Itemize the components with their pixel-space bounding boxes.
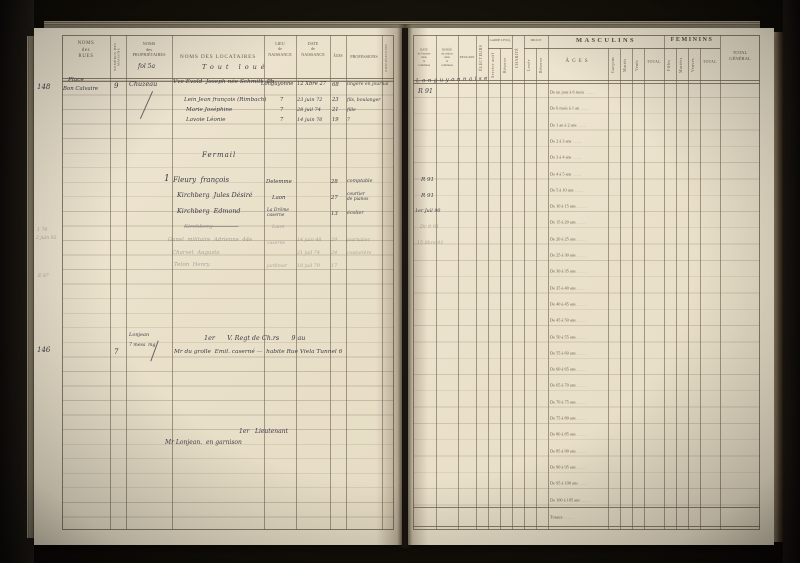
register-left-page: NOMS des RUES NUMÉROS DES MAISONS NOMS d…: [34, 28, 402, 545]
entry-date-note: R 91: [421, 177, 434, 183]
entry-date-note: R 91: [421, 193, 434, 199]
age-row-label: De 65 à 70 ans: [550, 384, 608, 388]
street-name-line2: Bon Calvaire: [63, 86, 98, 92]
age-row-label: De 60 à 65 ans: [550, 368, 608, 372]
header-observations: OBSERVATIONS: [385, 39, 388, 77]
proprietaire-name: Chuzeau: [129, 81, 157, 88]
tenant-date: 12 Xbre 27: [297, 82, 326, 88]
age-row-label: De 25 à 30 ans: [550, 254, 608, 258]
note-loue: Tout loué: [202, 64, 269, 71]
header-mariees: Mariées: [679, 52, 683, 78]
header-maries: Mariés: [623, 52, 627, 78]
tenant-name: Marie Joséphine: [186, 107, 232, 113]
age-row-label: De 45 à 50 ans: [550, 319, 608, 323]
header-milice-levee: Levée: [527, 52, 531, 78]
pencil-tenant-age: 17: [331, 264, 337, 270]
right-page-edges: [774, 32, 783, 542]
pencil-tenant-date: 14 juin 48: [297, 238, 321, 244]
col-line: [548, 35, 549, 530]
regiment-line: 1er V. Regt de Ch.rs 9 au: [204, 335, 305, 342]
col-line: [458, 35, 459, 530]
age-row-label: De 90 à 95 ans: [550, 466, 608, 470]
header-rule: [413, 83, 760, 84]
tenant-name: Kirchberg Edmond: [177, 208, 241, 215]
tenant-profession: lingère en journal: [347, 82, 389, 87]
col-line: [330, 35, 331, 530]
bottom-rule: [413, 526, 760, 527]
tenant-age: 68: [332, 82, 339, 88]
tenant-lieu: Laon: [272, 195, 286, 201]
entry-date-note: 1er Juil 90: [415, 209, 440, 215]
col-line: [664, 35, 665, 530]
register-right-page: DATE de l'entrée dans la commune DURÉE d…: [408, 28, 774, 545]
tenant-date: 14 juin 76: [297, 118, 323, 124]
age-row-label: De 1 an à 2 ans: [550, 123, 608, 127]
tenant-name: Lein Jean françois (Rimbach): [184, 97, 266, 103]
header-noms-locataires: NOMS DES LOCATAIRES: [172, 54, 264, 61]
folio-number-bottom: 146: [37, 346, 50, 354]
tenant-lieu: 7: [280, 98, 283, 104]
col-line: [172, 35, 173, 530]
age-row-label: De 10 à 15 ans: [550, 205, 608, 209]
age-row-label: De 85 à 90 ans: [550, 449, 608, 453]
pencil-tenant-lieu: caserne: [267, 241, 285, 246]
col-line: [608, 48, 609, 530]
pencil-tenant-age: 24: [331, 251, 337, 257]
age-row-label: De 5 à 10 ans: [550, 189, 608, 193]
tenant-age: 27: [331, 195, 338, 201]
tenant-profession: courtier de pianos: [347, 192, 368, 202]
header-garde-reserve: Réserve: [503, 52, 507, 78]
header-ages: ÂGES: [330, 54, 346, 59]
age-row-label: De 95 à 100 ans: [550, 482, 608, 486]
header-milice: MILICE: [525, 39, 548, 43]
margin-pencil-note: 2 juin 92: [36, 236, 57, 241]
header-masculins: MASCULINS: [548, 37, 664, 45]
header-date-entree: DATE de l'entrée dans la commune: [413, 49, 436, 68]
caserne-line: Mr du grolle Emil. caserné — habite Rue …: [174, 349, 342, 356]
col-line: [476, 35, 477, 530]
col-line: [512, 35, 513, 530]
col-line: [126, 35, 127, 530]
tenant-lieu: La Drôme caserne: [267, 208, 289, 218]
pencil-tenant-lieu: Laon: [272, 225, 285, 231]
pencil-tenant-lieu: jardinier: [267, 264, 287, 269]
tenant-name: Kirchberg Jules Désiré: [177, 192, 253, 199]
col-line: [436, 35, 437, 530]
house-number: 7: [114, 348, 118, 356]
header-veuves: Veuves: [691, 52, 695, 78]
header-garcons: Garçons: [611, 52, 615, 78]
tenant-lieu: 7: [280, 108, 283, 114]
col-line: [676, 48, 677, 530]
header-total-general: TOTAL GÉNÉRAL: [720, 50, 760, 62]
entry-date-note-pencil: 15 8bre 91: [417, 241, 444, 247]
group-rule: [488, 48, 512, 49]
header-garde-actif: Service actif: [491, 52, 495, 78]
pencil-tenant-name: Charvet Augusta: [172, 250, 220, 256]
group-rule: [548, 48, 720, 49]
tenant-date: 23 juin 72: [297, 98, 323, 104]
header-total-masculins: TOTAL: [644, 60, 664, 65]
pencil-tenant-name: Teton Henry: [174, 262, 210, 268]
tenant-profession: comptable: [347, 179, 372, 185]
col-line: [644, 48, 645, 530]
header-total-feminins: TOTAL: [700, 60, 720, 65]
header-noms-proprietaires: NOMS des PROPRIÉTAIRES: [126, 41, 172, 58]
proprietaire-name-line1: Lonjean: [129, 333, 149, 339]
age-row-label: De 70 à 75 ans: [550, 401, 608, 405]
proprietaire-name-line2: 7 mess mg: [129, 343, 155, 348]
age-row-label: De 75 à 80 ans: [550, 417, 608, 421]
book-spine-shadow: [398, 24, 412, 548]
age-row-label: De 55 à 60 ans: [550, 352, 608, 356]
tenant-lieu: 7: [280, 118, 283, 124]
tenant-lieu: Delemme: [266, 179, 292, 185]
col-line: [110, 35, 111, 530]
age-row-label: De 20 à 25 ans: [550, 238, 608, 242]
age-row-label: De 6 mois à 1 an: [550, 107, 608, 111]
header-lieu-naissance: LIEU de NAISSANCE: [264, 41, 296, 57]
age-row-label: De 30 à 35 ans: [550, 270, 608, 274]
tenant-age: 13: [331, 211, 338, 217]
age-row-label: De un jour à 6 mois: [550, 91, 608, 95]
pencil-tenant-profession: couturière: [347, 251, 371, 256]
header-electeurs: ÉLECTEURS: [479, 40, 483, 76]
house-number: 9: [114, 82, 118, 90]
pencil-tenant-age: 29: [331, 238, 337, 244]
group-rule: [524, 48, 548, 49]
header-religion: RELIGION: [456, 56, 479, 60]
tenant-date: 28 juil 74: [297, 108, 321, 114]
tenant-age: 28: [331, 179, 338, 185]
tenant-name: Fleury françois: [173, 176, 229, 184]
commune-note-line2: R 91: [418, 88, 433, 95]
totals-rule: [413, 507, 760, 508]
note-folio: fol 5a: [138, 64, 155, 71]
header-veufs: Veufs: [635, 52, 639, 78]
tenant-age: 19: [332, 118, 339, 124]
age-row-label: De 15 à 20 ans: [550, 221, 608, 225]
header-noms-rues: NOMS des RUES: [62, 41, 110, 61]
header-date-naissance: DATE de NAISSANCE: [296, 41, 330, 57]
header-ages-col: ÂGES: [548, 59, 608, 66]
annotation-line2: Mr Lonjean. en garnison: [165, 440, 242, 447]
header-charite: CHARITÉ: [515, 40, 519, 76]
tenant-age: 23: [332, 98, 339, 104]
header-numeros-maisons: NUMÉROS DES MAISONS: [114, 38, 121, 76]
col-line: [524, 35, 525, 530]
col-line: [720, 35, 721, 530]
age-row-label: De 40 à 45 ans: [550, 303, 608, 307]
age-row-label: De 4 à 5 ans: [550, 172, 608, 176]
header-milice-reserve: Réserve: [539, 52, 543, 78]
tenant-name: Lavoie Léonie: [186, 117, 226, 123]
entry-date-note-pencil: Dr 9 91: [420, 225, 439, 231]
pencil-tenant-date: 18 juil 79: [297, 264, 320, 270]
row-number: 1: [164, 174, 170, 184]
totals-label: Totaux: [550, 515, 608, 520]
tenant-profession: fille: [347, 108, 356, 113]
header-filles: Filles: [667, 52, 671, 78]
age-row-label: De 3 à 4 ans: [550, 156, 608, 160]
col-line: [488, 35, 489, 530]
tenant-age: 21: [332, 108, 339, 114]
book-right-cover: [783, 0, 800, 563]
age-row-label: De 100 à 105 ans: [550, 498, 608, 502]
pencil-tenant-name: Kirchberg ————: [184, 224, 238, 230]
folio-number-top: 148: [37, 83, 50, 91]
street-name-line1: Place: [68, 77, 84, 84]
col-line: [700, 48, 701, 530]
age-row-label: De 80 à 85 ans: [550, 433, 608, 437]
col-line: [264, 35, 265, 530]
col-line: [382, 35, 383, 530]
age-row-label: De 50 à 55 ans: [550, 335, 608, 339]
section-label: Fermail: [202, 151, 236, 159]
tenant-profession: écolier: [347, 211, 364, 217]
pencil-tenant-name: Ganel militaire Adrienne 44e: [168, 237, 252, 243]
col-line: [536, 48, 537, 530]
pencil-tenant-date: 21 juil 74: [297, 251, 320, 257]
col-line: [620, 48, 621, 530]
tenant-lieu: Longuyonne: [261, 82, 293, 88]
col-line: [688, 48, 689, 530]
header-garde-civique: GARDE CIVIQ.: [489, 39, 512, 43]
margin-pencil-note: 1 79: [37, 228, 47, 233]
col-line: [632, 48, 633, 530]
col-line: [500, 48, 501, 530]
header-feminins: FEMININS: [664, 37, 720, 45]
tenant-profession: 7: [347, 118, 350, 123]
pencil-tenant-profession: journalier: [347, 238, 370, 243]
annotation-line1: 1er Lieutenant: [239, 429, 288, 436]
tenant-profession: fils, boulanger: [347, 98, 381, 103]
age-row-label: De 35 à 40 ans: [550, 286, 608, 290]
margin-pencil-note: E 87: [38, 274, 49, 279]
age-row-label: De 2 à 3 ans: [550, 140, 608, 144]
header-professions: PROFESSIONS: [346, 54, 382, 59]
